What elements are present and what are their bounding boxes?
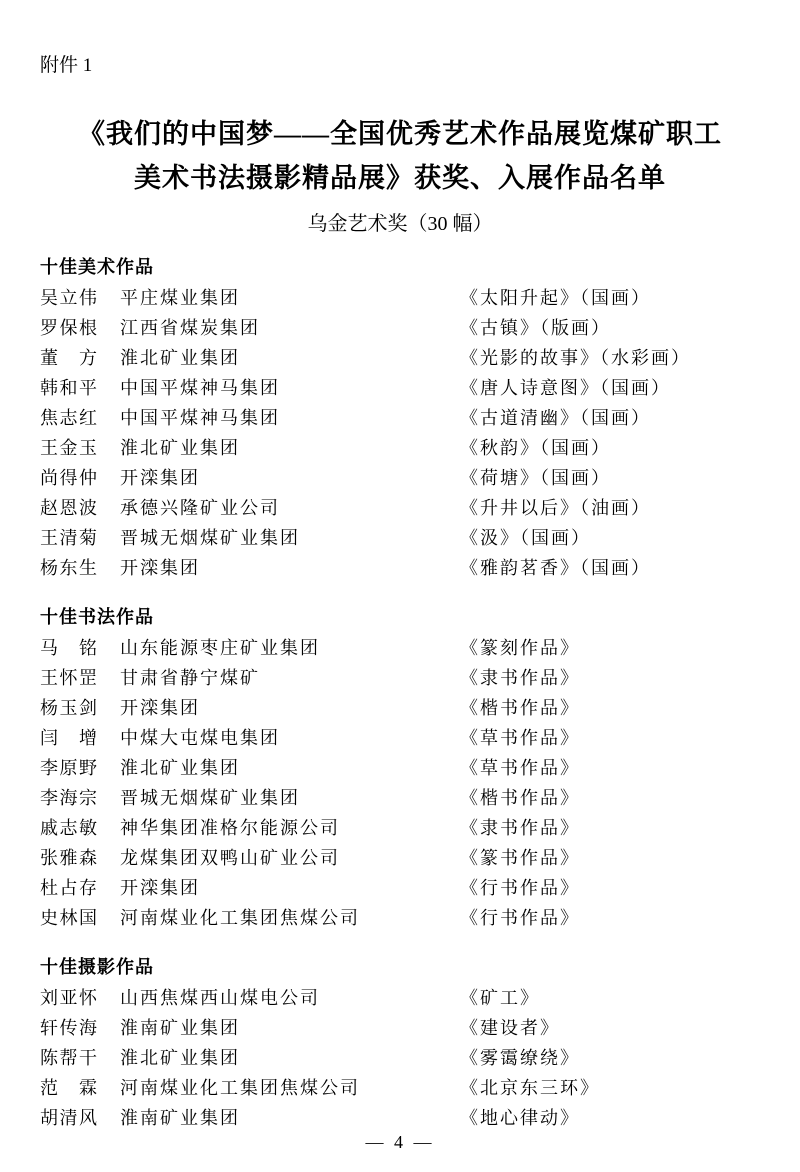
- work-title: 《行书作品》: [460, 874, 764, 900]
- artist-organization: 开滦集团: [120, 874, 460, 900]
- work-title: 《隶书作品》: [460, 814, 764, 840]
- artist-organization: 淮南矿业集团: [120, 1104, 460, 1130]
- table-row: 轩传海 淮南矿业集团 《建设者》: [40, 1012, 764, 1042]
- artist-name: 轩传海: [40, 1014, 120, 1040]
- work-title: 《太阳升起》（国画）: [460, 284, 764, 310]
- artist-organization: 晋城无烟煤矿业集团: [120, 524, 460, 550]
- table-row: 陈帮干 淮北矿业集团 《雾霭缭绕》: [40, 1042, 764, 1072]
- artist-name: 罗保根: [40, 314, 120, 340]
- work-title: 《古镇》（版画）: [460, 314, 764, 340]
- artist-name: 王清菊: [40, 524, 120, 550]
- table-row: 范 霖 河南煤业化工集团焦煤公司 《北京东三环》: [40, 1072, 764, 1102]
- section-calligraphy: 十佳书法作品 马 铭 山东能源枣庄矿业集团 《篆刻作品》 王怀罡 甘肃省静宁煤矿…: [40, 602, 764, 932]
- work-title: 《古道清幽》（国画）: [460, 404, 764, 430]
- work-title: 《篆书作品》: [460, 844, 764, 870]
- artist-name: 张雅森: [40, 844, 120, 870]
- artist-organization: 甘肃省静宁煤矿: [120, 664, 460, 690]
- work-title: 《楷书作品》: [460, 694, 764, 720]
- artist-organization: 河南煤业化工集团焦煤公司: [120, 904, 460, 930]
- table-row: 杜占存 开滦集团 《行书作品》: [40, 872, 764, 902]
- artist-organization: 河南煤业化工集团焦煤公司: [120, 1074, 460, 1100]
- artist-name: 吴立伟: [40, 284, 120, 310]
- table-row: 杨玉剑 开滦集团 《楷书作品》: [40, 692, 764, 722]
- table-row: 尚得仲 开滦集团 《荷塘》（国画）: [40, 462, 764, 492]
- artist-organization: 龙煤集团双鸭山矿业公司: [120, 844, 460, 870]
- table-row: 杨东生 开滦集团 《雅韵茗香》（国画）: [40, 552, 764, 582]
- artist-organization: 晋城无烟煤矿业集团: [120, 784, 460, 810]
- artist-name: 范 霖: [40, 1074, 120, 1100]
- table-row: 刘亚怀 山西焦煤西山煤电公司 《矿工》: [40, 982, 764, 1012]
- work-title: 《建设者》: [460, 1014, 764, 1040]
- table-row: 马 铭 山东能源枣庄矿业集团 《篆刻作品》: [40, 632, 764, 662]
- work-title: 《矿工》: [460, 984, 764, 1010]
- section-photography: 十佳摄影作品 刘亚怀 山西焦煤西山煤电公司 《矿工》 轩传海 淮南矿业集团 《建…: [40, 952, 764, 1132]
- artist-name: 杜占存: [40, 874, 120, 900]
- work-title: 《北京东三环》: [460, 1074, 764, 1100]
- artist-name: 杨玉剑: [40, 694, 120, 720]
- artist-name: 尚得仲: [40, 464, 120, 490]
- work-title: 《升井以后》（油画）: [460, 494, 764, 520]
- artist-name: 史林国: [40, 904, 120, 930]
- table-row: 戚志敏 神华集团准格尔能源公司 《隶书作品》: [40, 812, 764, 842]
- artist-name: 焦志红: [40, 404, 120, 430]
- artist-name: 戚志敏: [40, 814, 120, 840]
- section-heading: 十佳摄影作品: [40, 952, 764, 982]
- artist-organization: 承德兴隆矿业公司: [120, 494, 460, 520]
- work-title: 《汲》（国画）: [460, 524, 764, 550]
- work-title: 《楷书作品》: [460, 784, 764, 810]
- table-row: 王清菊 晋城无烟煤矿业集团 《汲》（国画）: [40, 522, 764, 552]
- work-title: 《雅韵茗香》（国画）: [460, 554, 764, 580]
- artist-name: 闫 增: [40, 724, 120, 750]
- artist-organization: 淮北矿业集团: [120, 754, 460, 780]
- work-title: 《光影的故事》（水彩画）: [460, 344, 764, 370]
- artist-name: 李原野: [40, 754, 120, 780]
- award-subtitle: 乌金艺术奖（30 幅）: [0, 211, 800, 237]
- artist-organization: 中国平煤神马集团: [120, 404, 460, 430]
- table-row: 吴立伟 平庄煤业集团 《太阳升起》（国画）: [40, 282, 764, 312]
- artist-name: 陈帮干: [40, 1044, 120, 1070]
- document-title-line1: 《我们的中国梦——全国优秀艺术作品展览煤矿职工: [0, 112, 800, 156]
- work-title: 《地心律动》: [460, 1104, 764, 1130]
- attachment-label: 附件 1: [40, 50, 92, 77]
- table-row: 史林国 河南煤业化工集团焦煤公司 《行书作品》: [40, 902, 764, 932]
- table-row: 王金玉 淮北矿业集团 《秋韵》（国画）: [40, 432, 764, 462]
- artist-name: 董 方: [40, 344, 120, 370]
- document-title-line2: 美术书法摄影精品展》获奖、入展作品名单: [0, 156, 800, 200]
- artist-organization: 山西焦煤西山煤电公司: [120, 984, 460, 1010]
- artist-name: 赵恩波: [40, 494, 120, 520]
- document-title: 《我们的中国梦——全国优秀艺术作品展览煤矿职工 美术书法摄影精品展》获奖、入展作…: [0, 112, 800, 200]
- work-title: 《行书作品》: [460, 904, 764, 930]
- work-title: 《草书作品》: [460, 724, 764, 750]
- artist-name: 王金玉: [40, 434, 120, 460]
- table-row: 董 方 淮北矿业集团 《光影的故事》（水彩画）: [40, 342, 764, 372]
- table-row: 李原野 淮北矿业集团 《草书作品》: [40, 752, 764, 782]
- section-heading: 十佳书法作品: [40, 602, 764, 632]
- artist-organization: 淮北矿业集团: [120, 434, 460, 460]
- work-title: 《雾霭缭绕》: [460, 1044, 764, 1070]
- artist-name: 李海宗: [40, 784, 120, 810]
- artist-organization: 神华集团准格尔能源公司: [120, 814, 460, 840]
- table-row: 张雅森 龙煤集团双鸭山矿业公司 《篆书作品》: [40, 842, 764, 872]
- artist-organization: 开滦集团: [120, 694, 460, 720]
- artist-organization: 平庄煤业集团: [120, 284, 460, 310]
- work-title: 《秋韵》（国画）: [460, 434, 764, 460]
- artist-organization: 中国平煤神马集团: [120, 374, 460, 400]
- artist-organization: 中煤大屯煤电集团: [120, 724, 460, 750]
- document-page: 附件 1 《我们的中国梦——全国优秀艺术作品展览煤矿职工 美术书法摄影精品展》获…: [0, 0, 800, 1172]
- artist-name: 胡清风: [40, 1104, 120, 1130]
- artist-organization: 江西省煤炭集团: [120, 314, 460, 340]
- artist-name: 刘亚怀: [40, 984, 120, 1010]
- work-title: 《隶书作品》: [460, 664, 764, 690]
- work-title: 《唐人诗意图》（国画）: [460, 374, 764, 400]
- table-row: 赵恩波 承德兴隆矿业公司 《升井以后》（油画）: [40, 492, 764, 522]
- artist-organization: 淮北矿业集团: [120, 344, 460, 370]
- section-heading: 十佳美术作品: [40, 252, 764, 282]
- artist-organization: 山东能源枣庄矿业集团: [120, 634, 460, 660]
- table-row: 胡清风 淮南矿业集团 《地心律动》: [40, 1102, 764, 1132]
- artist-organization: 淮北矿业集团: [120, 1044, 460, 1070]
- artist-name: 马 铭: [40, 634, 120, 660]
- artist-organization: 开滦集团: [120, 554, 460, 580]
- table-row: 罗保根 江西省煤炭集团 《古镇》（版画）: [40, 312, 764, 342]
- artist-organization: 开滦集团: [120, 464, 460, 490]
- table-row: 王怀罡 甘肃省静宁煤矿 《隶书作品》: [40, 662, 764, 692]
- work-title: 《荷塘》（国画）: [460, 464, 764, 490]
- artist-name: 韩和平: [40, 374, 120, 400]
- award-list: 十佳美术作品 吴立伟 平庄煤业集团 《太阳升起》（国画） 罗保根 江西省煤炭集团…: [40, 252, 764, 1132]
- section-fine-art: 十佳美术作品 吴立伟 平庄煤业集团 《太阳升起》（国画） 罗保根 江西省煤炭集团…: [40, 252, 764, 582]
- work-title: 《篆刻作品》: [460, 634, 764, 660]
- work-title: 《草书作品》: [460, 754, 764, 780]
- page-number: — 4 —: [0, 1132, 800, 1153]
- artist-name: 王怀罡: [40, 664, 120, 690]
- artist-name: 杨东生: [40, 554, 120, 580]
- table-row: 闫 增 中煤大屯煤电集团 《草书作品》: [40, 722, 764, 752]
- table-row: 李海宗 晋城无烟煤矿业集团 《楷书作品》: [40, 782, 764, 812]
- artist-organization: 淮南矿业集团: [120, 1014, 460, 1040]
- table-row: 焦志红 中国平煤神马集团 《古道清幽》（国画）: [40, 402, 764, 432]
- table-row: 韩和平 中国平煤神马集团 《唐人诗意图》（国画）: [40, 372, 764, 402]
